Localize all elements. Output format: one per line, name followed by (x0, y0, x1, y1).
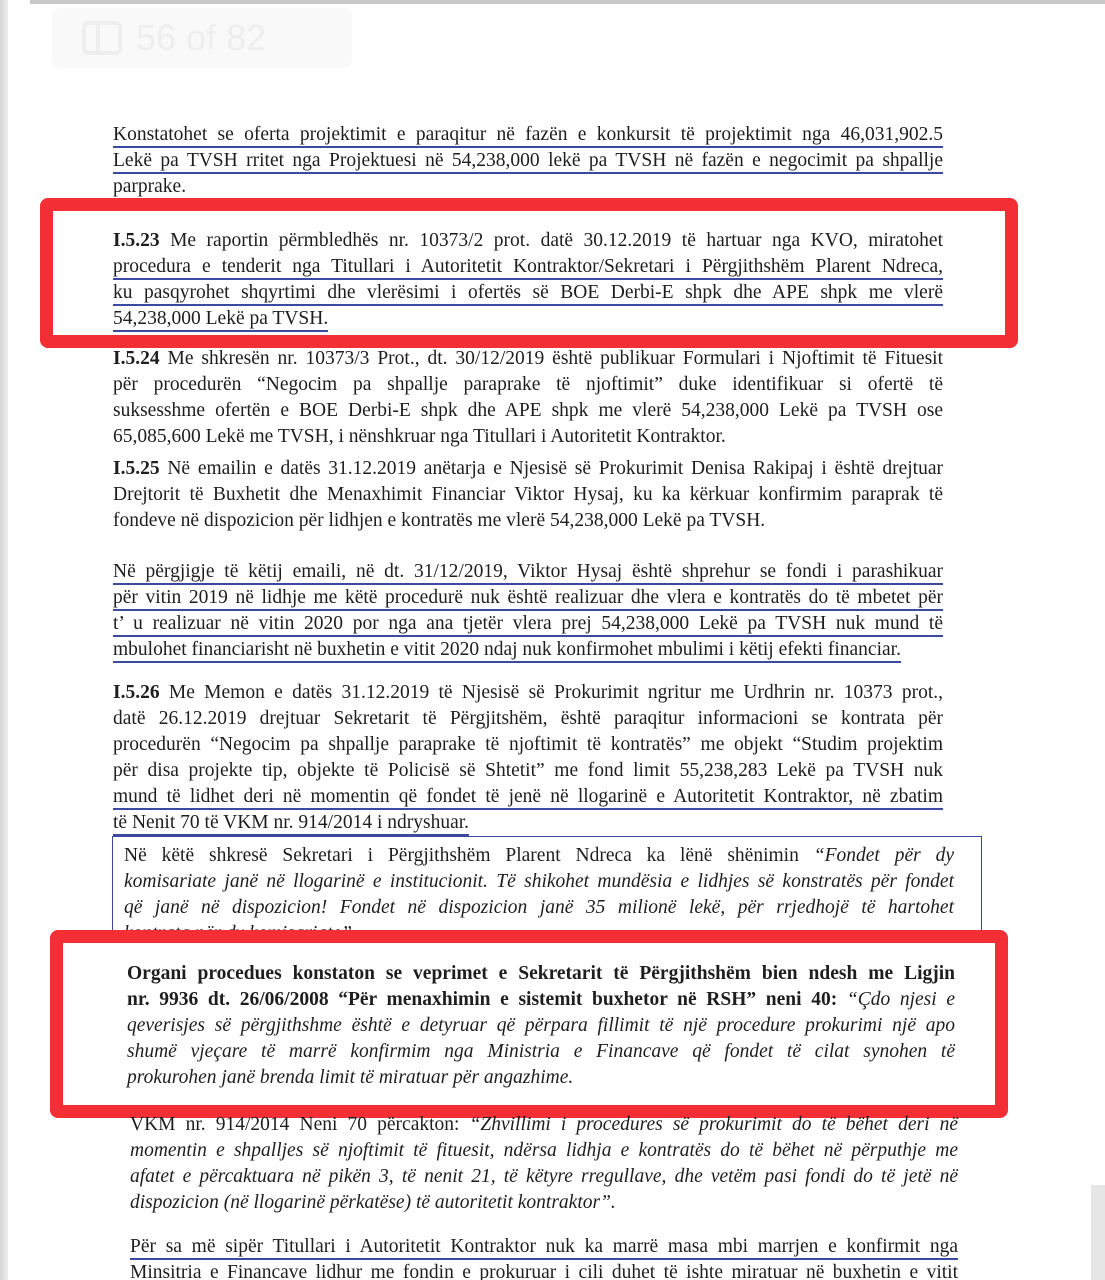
text-line: suksesshme ofertën e BOE Derbi-E shpk dh… (113, 398, 943, 424)
text-line: Konstatohet se oferta projektimit e para… (113, 124, 943, 148)
text-line: Drejtorit të Buxhetit dhe Menaxhimit Fin… (113, 482, 943, 508)
text-line: datë 26.12.2019 drejtuar Sekretarit të P… (113, 706, 943, 732)
text-line: Minsitria e Financave lidhur me fondin e… (130, 1260, 958, 1280)
text-line: nr. 9936 dt. 26/06/2008 “Për menaxhimin … (127, 989, 837, 1010)
finding-paragraph: Organi procedues konstaton se veprimet e… (127, 961, 955, 1091)
reply-paragraph: Në përgjigje të këtij emaili, në dt. 31/… (113, 559, 943, 663)
screen-top-edge (30, 0, 1105, 4)
intro-paragraph: Konstatohet se oferta projektimit e para… (113, 122, 943, 200)
text-line: parprake. (113, 174, 943, 200)
text-line: 54,238,000 Lekë pa TVSH. (113, 308, 328, 332)
screen-left-edge (0, 0, 8, 1280)
text-line: t’ u realizuar në vitin 2020 por nga ana… (113, 613, 943, 637)
text-line: dispozicion (në llogarinë përkatëse) të … (130, 1190, 958, 1216)
text-line: procedura e tenderit nga Titullari i Aut… (113, 256, 943, 280)
text-line: për vitin 2019 në lidhje me këtë procedu… (113, 587, 943, 611)
paragraph-i-5-23: I.5.23 Me raportin përmbledhës nr. 10373… (113, 228, 943, 332)
text-line: Me shkresën nr. 10373/3 Prot., dt. 30/12… (160, 348, 943, 369)
paragraph-number: I.5.24 (113, 348, 160, 369)
text-line: 65,085,600 Lekë me TVSH, i nënshkruar ng… (113, 424, 943, 450)
text-line: për procedurën “Negocim pa shpallje para… (113, 372, 943, 398)
sidebar-toggle-icon[interactable] (82, 21, 122, 55)
text-line: komisariate janë në llogarinë e instituc… (124, 869, 954, 895)
paragraph-number: I.5.26 (113, 682, 160, 703)
paragraph-i-5-26: I.5.26 Me Memon e datës 31.12.2019 të Nj… (113, 680, 943, 836)
page-count: 56 of 82 (136, 17, 266, 59)
text-line: qeverisjes së përgjithshme është e detyr… (127, 1013, 955, 1039)
paragraph-i-5-25: I.5.25 Në emailin e datës 31.12.2019 anë… (113, 456, 943, 534)
text-line: “Çdo njesi e (837, 989, 955, 1010)
text-line: Lekë pa TVSH rritet nga Projektuesi në 5… (113, 150, 943, 174)
vkm-paragraph: VKM nr. 914/2014 Neni 70 përcakton: “Zhv… (130, 1112, 958, 1216)
page-indicator[interactable]: 56 of 82 (52, 8, 352, 68)
text-line: për disa projekte tip, objekte të Polici… (113, 758, 943, 784)
scrollbar[interactable] (1091, 1185, 1105, 1280)
text-line: Në përgjigje të këtij emaili, në dt. 31/… (113, 561, 943, 585)
text-line: ku pasqyrohet shqyrtimi dhe vlerësimi i … (113, 282, 943, 306)
text-line: prokurohen janë brenda limit të miratuar… (127, 1065, 955, 1091)
paragraph-number: I.5.23 (113, 230, 160, 251)
text-line: mund të lidhet deri në momentin që fonde… (113, 786, 943, 810)
text-line: fondeve në dispozicion për lidhjen e kon… (113, 508, 943, 534)
text-line: Me Memon e datës 31.12.2019 të Njesisë s… (160, 682, 943, 703)
text-line: procedurën “Negocim pa shpallje paraprak… (113, 732, 943, 758)
text-line: Në këtë shkresë Sekretari i Përgjithshëm… (124, 845, 814, 866)
text-line: afatet e përcaktuara në pikën 3, të neni… (130, 1164, 958, 1190)
paragraph-number: I.5.25 (113, 458, 160, 479)
text-line: që janë në dispozicion! Fondet në dispoz… (124, 895, 954, 921)
text-line: mbulohet financiarisht në buxhetin e vit… (113, 639, 901, 663)
text-line: “Fondet për dy (814, 845, 954, 866)
text-line: Për sa më sipër Titullari i Autoritetit … (130, 1236, 958, 1260)
text-line: “Zhvillimi i procedures së prokurimit do… (470, 1114, 958, 1135)
paragraph-i-5-24: I.5.24 Me shkresën nr. 10373/3 Prot., dt… (113, 346, 943, 450)
conclusion-paragraph: Për sa më sipër Titullari i Autoritetit … (130, 1234, 958, 1280)
text-line: momentin e shpalljes së njoftimit të fit… (130, 1138, 958, 1164)
text-line: të Nenit 70 të VKM nr. 914/2014 i ndrysh… (113, 812, 469, 836)
text-line: Në emailin e datës 31.12.2019 anëtarja e… (160, 458, 943, 479)
text-line: Me raportin përmbledhës nr. 10373/2 prot… (160, 230, 943, 251)
text-line: shumë vjeçare të marrë konfirmim nga Min… (127, 1039, 955, 1065)
text-line: Organi procedues konstaton se veprimet e… (127, 961, 955, 987)
text-line: VKM nr. 914/2014 Neni 70 përcakton: (130, 1114, 470, 1135)
